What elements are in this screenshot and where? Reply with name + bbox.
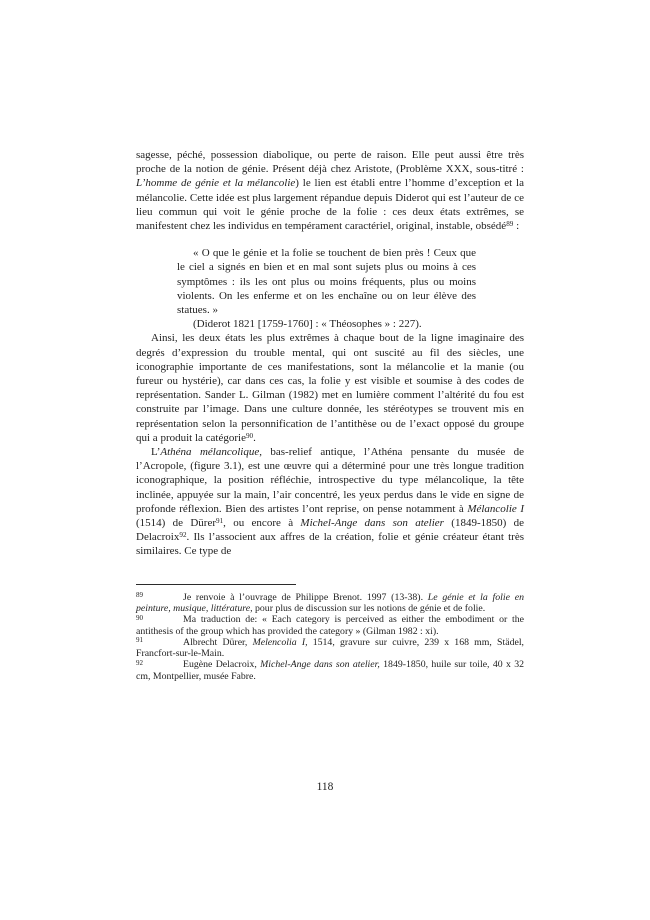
page-number: 118 [0, 781, 650, 793]
text-run: (Diderot 1821 [1759-1760] : « Théosophes… [193, 318, 422, 330]
text-run: , ou encore à [223, 517, 300, 529]
footnote-89: 89Je renvoie à l’ouvrage de Philippe Bre… [136, 592, 524, 615]
text-run: Je renvoie à l’ouvrage de Philippe Breno… [183, 592, 428, 603]
footnote-text: Albrecht Dürer, Melencolia I, 1514, grav… [136, 637, 524, 659]
text-run: . [253, 432, 256, 444]
footnote-90: 90Ma traduction de: « Each category is p… [136, 614, 524, 637]
block-quote: « O que le génie et la folie se touchent… [177, 246, 476, 331]
paragraph-continuation: sagesse, péché, possession diabolique, o… [136, 148, 524, 233]
text-run: « O que le génie et la folie se touchent… [177, 247, 476, 316]
paragraph-ainsi: Ainsi, les deux états les plus extrêmes … [136, 331, 524, 445]
text-run: L’ [151, 446, 160, 458]
text-run: (1514) de Dürer [136, 517, 216, 529]
text-run: pour plus de discussion sur les notions … [253, 603, 486, 614]
page-body: sagesse, péché, possession diabolique, o… [136, 148, 524, 682]
footnote-91: 91Albrecht Dürer, Melencolia I, 1514, gr… [136, 637, 524, 660]
italic-text: L’homme de génie et la mélancolie [136, 177, 295, 189]
italic-text: Michel-Ange dans son atelier, [260, 659, 380, 670]
footnote-92: 92Eugène Delacroix, Michel-Ange dans son… [136, 659, 524, 682]
italic-text: Melencolia I, [253, 637, 308, 648]
footnotes-section: 89Je renvoie à l’ouvrage de Philippe Bre… [136, 592, 524, 682]
paragraph-athena: L’Athéna mélancolique, bas-relief antiqu… [136, 445, 524, 559]
text-run: sagesse, péché, possession diabolique, o… [136, 149, 524, 175]
footnote-separator [136, 584, 296, 585]
italic-text: Athéna mélancolique [160, 446, 259, 458]
text-run: . Ils l’associent aux affres de la créat… [136, 531, 524, 557]
text-run: Ainsi, les deux états les plus extrêmes … [136, 332, 524, 443]
quote-text: « O que le génie et la folie se touchent… [177, 246, 476, 317]
italic-text: Michel-Ange dans son atelier [300, 517, 444, 529]
footnote-ref: 89 [506, 220, 513, 228]
text-run: Albrecht Dürer, [183, 637, 253, 648]
text-run: : [513, 220, 519, 232]
footnote-ref: 92 [179, 531, 186, 539]
footnote-text: Ma traduction de: « Each category is per… [136, 614, 524, 636]
footnote-text: Je renvoie à l’ouvrage de Philippe Breno… [136, 592, 524, 614]
footnote-ref: 90 [246, 432, 253, 440]
italic-text: Mélancolie I [467, 503, 524, 515]
footnote-ref: 91 [216, 517, 223, 525]
document-page: sagesse, péché, possession diabolique, o… [0, 0, 650, 920]
text-run: Eugène Delacroix, [183, 659, 260, 670]
text-run: Ma traduction de: « Each category is per… [136, 614, 524, 636]
quote-citation: (Diderot 1821 [1759-1760] : « Théosophes… [177, 317, 476, 331]
footnote-text: Eugène Delacroix, Michel-Ange dans son a… [136, 659, 524, 681]
